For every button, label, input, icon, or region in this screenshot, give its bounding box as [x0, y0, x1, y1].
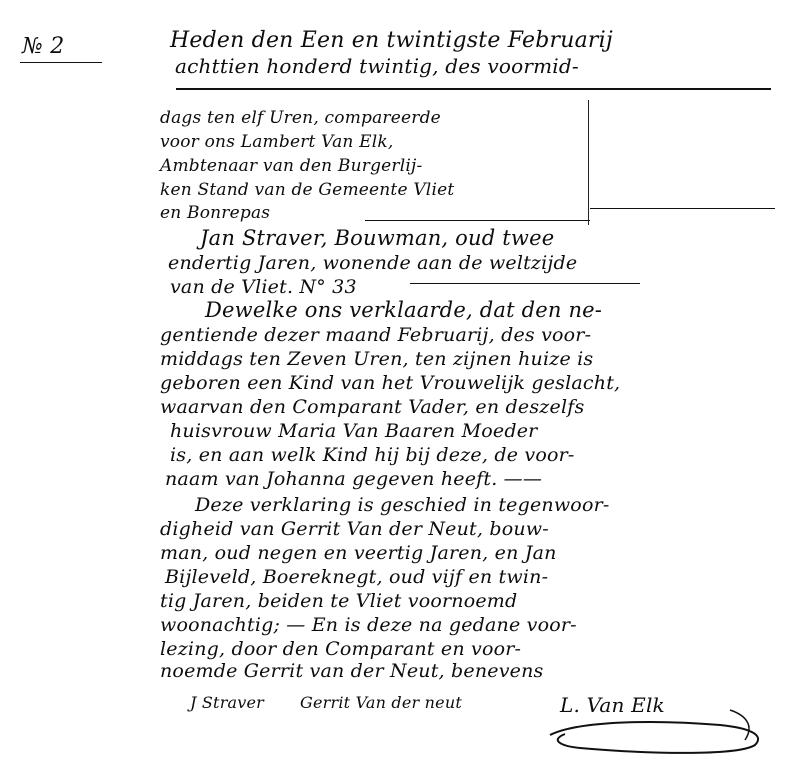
margin-note-side-rule	[590, 208, 775, 209]
line-3-fill-rule	[410, 283, 640, 284]
act-number-underline	[20, 62, 102, 63]
margin-note-end-rule	[365, 220, 590, 221]
act-number: № 2	[22, 34, 64, 59]
header-rule	[176, 88, 771, 90]
margin-note-line-1: dags ten elf Uren, compareerde	[160, 108, 441, 128]
body-line-17: woonachtig; — En is deze na gedane voor-	[160, 614, 577, 636]
body-line-16: tig Jaren, beiden te Vliet voornoemd	[160, 590, 517, 612]
margin-note-line-2: voor ons Lambert Van Elk,	[160, 132, 394, 152]
body-line-7: geboren een Kind van het Vrouwelijk gesl…	[160, 372, 620, 394]
margin-note-line-3: Ambtenaar van den Burgerlij-	[160, 156, 422, 176]
civil-record-page: № 2 Heden den Een en twintigste Februari…	[0, 0, 800, 768]
body-line-6: middags ten Zeven Uren, ten zijnen huize…	[160, 348, 593, 370]
body-line-18: lezing, door den Comparant en voor-	[160, 638, 521, 660]
header-line-1: Heden den Een en twintigste Februarij	[170, 28, 613, 53]
body-line-19: noemde Gerrit van der Neut, benevens	[160, 660, 543, 682]
margin-note-line-5: en Bonrepas	[160, 203, 270, 223]
body-line-15: Bijleveld, Boereknegt, oud vijf en twin-	[165, 566, 548, 588]
body-line-11-child-name: naam van Johanna gegeven heeft. ——	[165, 468, 542, 490]
margin-note-border	[588, 100, 589, 225]
body-line-3: van de Vliet. N° 33	[170, 276, 357, 298]
signature-flourish-icon	[540, 700, 780, 760]
body-line-13: digheid van Gerrit Van der Neut, bouw-	[160, 518, 549, 540]
body-line-8: waarvan den Comparant Vader, en deszelfs	[160, 396, 584, 418]
body-line-5: gentiende dezer maand Februarij, des voo…	[160, 324, 591, 346]
body-line-9: huisvrouw Maria Van Baaren Moeder	[170, 420, 537, 442]
signature-witness: Gerrit Van der neut	[300, 693, 462, 712]
father-name-line: Jan Straver, Bouwman, oud twee	[200, 226, 554, 250]
body-line-4: Dewelke ons verklaarde, dat den ne-	[205, 298, 602, 322]
margin-note-line-4: ken Stand van de Gemeente Vliet	[160, 180, 454, 200]
body-line-14: man, oud negen en veertig Jaren, en Jan	[160, 542, 557, 564]
body-line-2: endertig Jaren, wonende aan de weltzijde	[168, 252, 577, 274]
signature-father: J Straver	[190, 693, 264, 712]
body-line-10: is, en aan welk Kind hij bij deze, de vo…	[170, 444, 575, 466]
body-line-12: Deze verklaring is geschied in tegenwoor…	[195, 494, 610, 516]
header-line-2: achttien honderd twintig, des voormid-	[175, 54, 579, 78]
